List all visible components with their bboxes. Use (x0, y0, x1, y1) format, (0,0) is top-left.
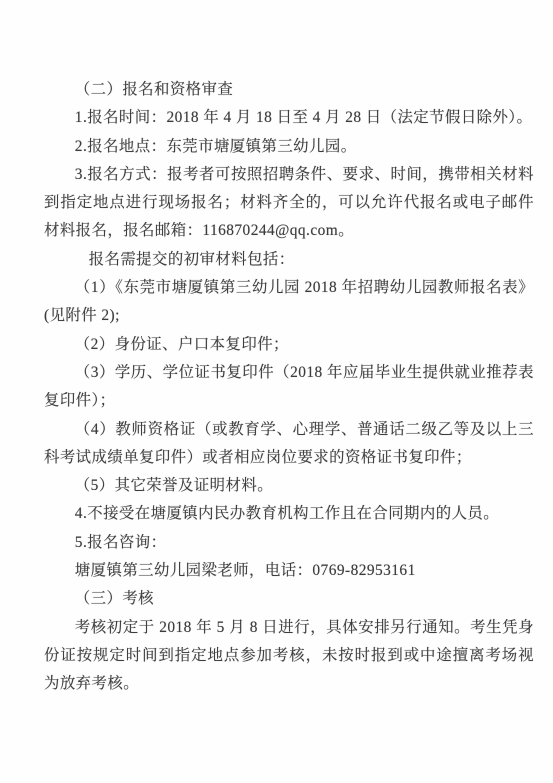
para-material-item-3: （3）学历、学位证书复印件（2018 年应届毕业生提供就业推荐表复印件）； (44, 359, 534, 416)
para-materials-intro: 报名需提交的初审材料包括： (44, 246, 534, 274)
para-rule-not-accepted: 4.不接受在塘厦镇内民办教育机构工作且在合同期内的人员。 (44, 500, 534, 528)
para-assessment-details: 考核初定于 2018 年 5 月 8 日进行，具体安排另行通知。考生凭身份证按规… (44, 614, 534, 699)
heading-assessment: （三）考核 (44, 585, 534, 613)
para-registration-time: 1.报名时间：2018 年 4 月 18 日至 4 月 28 日（法定节假日除外… (44, 104, 534, 132)
heading-registration-review: （二）报名和资格审查 (44, 76, 534, 104)
document-body: （二）报名和资格审查 1.报名时间：2018 年 4 月 18 日至 4 月 2… (0, 0, 553, 783)
para-registration-location: 2.报名地点：东莞市塘厦镇第三幼儿园。 (44, 133, 534, 161)
para-consultation: 5.报名咨询： (44, 529, 534, 557)
para-material-item-1: （1）《东莞市塘厦镇第三幼儿园 2018 年招聘幼儿园教师报名表》(见附件 2)… (44, 274, 534, 331)
para-registration-method: 3.报名方式：报考者可按照招聘条件、要求、时间，携带相关材料到指定地点进行现场报… (44, 161, 534, 246)
document-page: （二）报名和资格审查 1.报名时间：2018 年 4 月 18 日至 4 月 2… (0, 0, 553, 783)
para-material-item-2: （2）身份证、户口本复印件； (44, 331, 534, 359)
para-contact-phone: 塘厦镇第三幼儿园梁老师，电话：0769-82953161 (44, 557, 534, 585)
para-material-item-5: （5）其它荣誉及证明材料。 (44, 472, 534, 500)
para-material-item-4: （4）教师资格证（或教育学、心理学、普通话二级乙等及以上三科考试成绩单复印件）或… (44, 416, 534, 473)
